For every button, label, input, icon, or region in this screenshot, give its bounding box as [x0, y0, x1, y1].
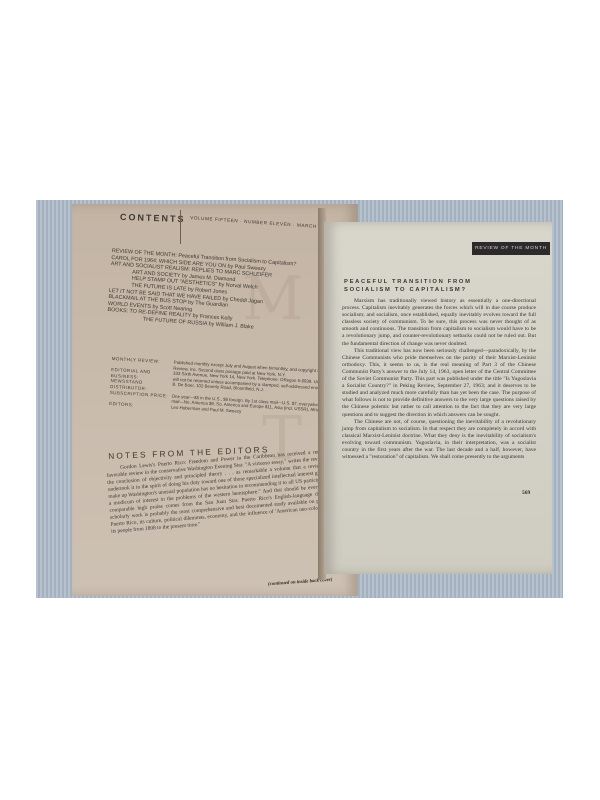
divider	[180, 210, 181, 244]
notes-paragraph: Gordon Lewis's Puerto Rico: Freedom and …	[106, 448, 343, 536]
article-paragraph: This traditional view has now been serio…	[342, 348, 536, 419]
left-page: M T CONTENTS VOLUME FIFTEEN · NUMBER ELE…	[72, 204, 358, 596]
notes-body: Gordon Lewis's Puerto Rico: Freedom and …	[106, 448, 343, 536]
page-number: 569	[522, 490, 530, 496]
article-title-line: PEACEFUL TRANSITION FROM	[344, 278, 472, 286]
article-paragraph: Marxism has traditionally viewed history…	[342, 298, 536, 348]
book-photo: M T CONTENTS VOLUME FIFTEEN · NUMBER ELE…	[36, 200, 563, 598]
article-body: Marxism has traditionally viewed history…	[342, 298, 536, 461]
article-title-line: SOCIALISM TO CAPITALISM?	[344, 286, 472, 294]
contents-heading: CONTENTS	[120, 212, 186, 224]
section-label: REVIEW OF THE MONTH	[472, 242, 550, 255]
volume-line: VOLUME FIFTEEN · NUMBER ELEVEN · MARCH 1…	[190, 215, 331, 230]
article-title: PEACEFUL TRANSITION FROM SOCIALISM TO CA…	[344, 278, 472, 294]
article-paragraph: The Chinese are not, of course, question…	[342, 419, 536, 462]
right-page: REVIEW OF THE MONTH PEACEFUL TRANSITION …	[324, 222, 552, 574]
